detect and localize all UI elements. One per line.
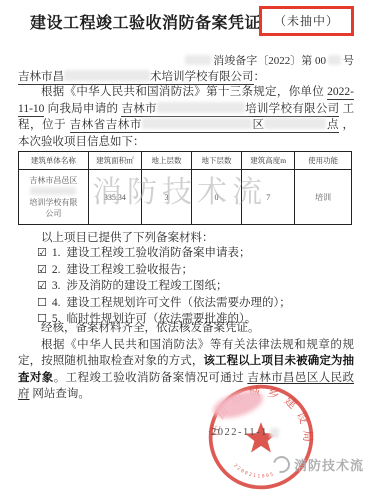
col-usage: 使用功能 <box>295 152 352 170</box>
building-name-line3: 公司 <box>20 208 87 219</box>
recipient-colon: ： <box>254 71 266 83</box>
project-location: 吉林省吉林市区点 <box>70 119 339 133</box>
stamp-date: 2022-11-1 <box>211 427 279 438</box>
material-item-1: ☑1.建设工程竣工验收消防备案申请表； <box>37 245 291 262</box>
material-item-2: ☑2.建设工程竣工验收报告； <box>37 262 291 279</box>
certificate-document: 建设工程竣工验收消防备案凭证 （未抽中） 消竣备字〔2022〕第 00 号 吉林… <box>0 0 370 500</box>
area-cell: 335.34 <box>88 170 141 225</box>
location-end: 点 <box>326 119 339 131</box>
usage-cell: 培训 <box>295 170 352 225</box>
page-title: 建设工程竣工验收消防备案凭证 <box>30 10 261 33</box>
col-floors-above: 地上层数 <box>141 152 191 170</box>
redaction <box>185 55 211 65</box>
applicant-end: 培训学校有限公司 <box>245 103 340 115</box>
checked-checkbox-icon: ☑ <box>37 279 47 292</box>
material-text: 涉及消防的建设工程竣工图纸； <box>67 280 228 292</box>
footer-watermark-text: 消防技术流 <box>294 455 364 474</box>
material-text: 建设工程竣工验收报告； <box>67 264 194 276</box>
footer-watermark: 消防技术流 <box>273 455 364 474</box>
redaction <box>142 118 252 129</box>
redaction <box>264 118 326 129</box>
intro-text-2: 向我局申请的 <box>48 103 119 115</box>
applicant-start: 吉林市 <box>121 103 156 115</box>
recipient-name-end: 术培训学校有限公司 <box>150 71 254 83</box>
title-row: 建设工程竣工验收消防备案凭证 （未抽中） <box>30 6 354 36</box>
floors-above-cell: 3 <box>141 170 191 225</box>
material-number: 3. <box>52 280 61 292</box>
col-area: 建筑面积㎡ <box>88 152 141 170</box>
conclusion-line: 经核，备案材料齐全，依法核发备案凭证。 <box>18 320 354 337</box>
unchecked-checkbox-icon: ☐ <box>37 296 47 309</box>
redaction <box>30 187 76 195</box>
document-number: 消竣备字〔2022〕第 00 号 <box>185 52 354 68</box>
conclusion-text-end: 网站查询。 <box>32 388 90 400</box>
project-info-table: 建筑单体名称 建筑面积㎡ 地上层数 地下层数 建筑高度m 使用功能 吉林市昌邑区… <box>18 151 352 225</box>
building-name-cell: 吉林市昌邑区 培训学校有限 公司 <box>19 170 89 225</box>
table-row: 吉林市昌邑区 培训学校有限 公司 335.34 3 0 7 培训 <box>19 170 352 225</box>
redaction <box>157 102 245 113</box>
height-cell: 7 <box>242 170 295 225</box>
recipient-name-start: 吉林市昌 <box>18 71 64 83</box>
col-height: 建筑高度m <box>242 152 295 170</box>
seal-serial-number: 2200211005 <box>232 463 275 480</box>
material-item-3: ☑3.涉及消防的建设工程竣工图纸； <box>37 278 291 295</box>
material-text: 建设工程规划许可文件（依法需要办理的）； <box>67 297 291 309</box>
document-number-text: 消竣备字〔2022〕第 00 <box>213 52 326 68</box>
materials-intro: 以上项目已提供了下列备案材料： <box>18 229 214 245</box>
intro-paragraph: 根据《中华人民共和国消防法》第十三条规定，你单位 2022-11-10 向我局申… <box>18 84 354 150</box>
material-number: 1. <box>52 247 61 259</box>
checked-checkbox-icon: ☑ <box>37 263 47 276</box>
col-floors-below: 地下层数 <box>192 152 242 170</box>
redaction <box>64 70 150 81</box>
col-building-name: 建筑单体名称 <box>19 152 89 170</box>
checked-checkbox-icon: ☑ <box>37 246 47 259</box>
recipient-line: 吉林市昌术培训学校有限公司： <box>18 68 265 84</box>
building-name-line1: 吉林市昌邑区 <box>20 175 87 186</box>
floors-below-cell: 0 <box>192 170 242 225</box>
material-item-4: ☐4.建设工程规划许可文件（依法需要办理的）； <box>37 295 291 312</box>
footer-logo-icon <box>270 453 293 476</box>
material-number: 4. <box>52 297 61 309</box>
material-text: 建设工程竣工验收消防备案申请表； <box>67 247 251 259</box>
building-name-line2: 培训学校有限 <box>20 197 87 208</box>
recipient-name: 吉林市昌术培训学校有限公司 <box>18 71 254 85</box>
location-start: 吉林省吉林市 <box>70 119 142 131</box>
table-header-row: 建筑单体名称 建筑面积㎡ 地上层数 地下层数 建筑高度m 使用功能 <box>19 152 352 170</box>
location-mid: 区 <box>252 119 265 131</box>
not-selected-badge: （未抽中） <box>259 6 354 36</box>
material-number: 2. <box>52 264 61 276</box>
intro-text-1: 根据《中华人民共和国消防法》第十三条规定，你单位 <box>41 86 324 98</box>
materials-list: ☑1.建设工程竣工验收消防备案申请表； ☑2.建设工程竣工验收报告； ☑3.涉及… <box>37 245 291 328</box>
redaction <box>270 428 279 438</box>
document-number-suffix: 号 <box>343 52 354 68</box>
applicant-name: 吉林市培训学校有限公司 <box>121 103 339 117</box>
stamp-date-text: 2022-11-1 <box>211 427 268 438</box>
redaction <box>328 55 341 65</box>
